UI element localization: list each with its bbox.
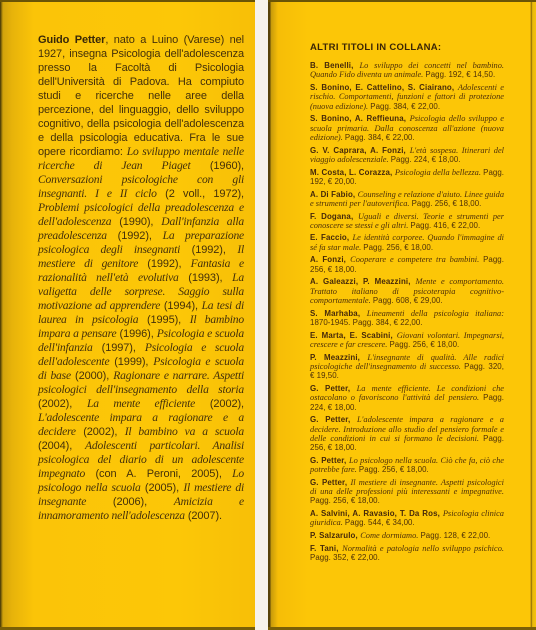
entry-title: Cooperare e competere tra bambini.: [350, 255, 483, 264]
book-title: La mente efficiente: [87, 397, 195, 410]
book-entry: S. Bonino, E. Cattelino, S. Ciairano, Ad…: [310, 83, 504, 111]
bio-text: (2007).: [185, 510, 222, 522]
book-entry: B. Benelli, Lo sviluppo dei concetti nel…: [310, 61, 504, 80]
entry-details: Pagg. 128, € 22,00.: [420, 531, 490, 540]
series-titles-panel: ALTRI TITOLI IN COLLANA: B. Benelli, Lo …: [268, 0, 536, 630]
book-flap-scan: Guido Petter, nato a Luino (Varese) nel …: [0, 0, 536, 630]
entry-details: Pagg. 224, € 18,00.: [391, 155, 461, 164]
bio-text: (2006),: [86, 496, 173, 508]
book-entry: E. Faccio, Le identità corporee. Quando …: [310, 233, 504, 252]
bio-text: (1999),: [109, 356, 153, 368]
entry-authors: S. Bonino, A. Reffieuna,: [310, 114, 410, 123]
entry-authors: M. Costa, L. Corazza,: [310, 168, 395, 177]
bio-text: (1997),: [93, 342, 145, 354]
bio-text: (2 voll., 1972),: [157, 188, 244, 200]
entry-details: Pagg. 256, € 18,00.: [389, 340, 459, 349]
panel-gap: [255, 0, 268, 630]
bio-text: (1995),: [138, 314, 189, 326]
book-entry: G. Petter, Lo psicologo nella scuola. Ci…: [310, 456, 504, 475]
book-entry: F. Dogana, Uguali e diversi. Teorie e st…: [310, 212, 504, 231]
book-entry: M. Costa, L. Corazza, Psicologia della b…: [310, 168, 504, 187]
entry-details: Pagg. 416, € 22,00.: [410, 221, 480, 230]
entry-details: Pagg. 352, € 22,00.: [310, 553, 380, 562]
author-bio-text: Guido Petter, nato a Luino (Varese) nel …: [38, 33, 244, 523]
bio-text: (1960),: [191, 160, 244, 172]
entry-details: Pagg. 256, € 18,00.: [359, 465, 429, 474]
book-entry: S. Bonino, A. Reffieuna, Psicologia dell…: [310, 114, 504, 142]
book-entry: G. Petter, Il mestiere di insegnante. As…: [310, 478, 504, 506]
entry-authors: A. Di Fabio,: [310, 190, 358, 199]
entry-authors: B. Benelli,: [310, 61, 360, 70]
entry-authors: A. Galeazzi, P. Meazzini,: [310, 277, 415, 286]
entry-authors: S. Bonino, E. Cattelino, S. Ciairano,: [310, 83, 458, 92]
entry-title: Psicologia della bellezza.: [395, 168, 483, 177]
book-entry: A. Fonzi, Cooperare e competere tra bamb…: [310, 255, 504, 274]
entry-title: Come dormiamo.: [360, 531, 420, 540]
bio-text: (2002),: [38, 398, 87, 410]
entry-authors: G. V. Caprara, A. Fonzi,: [310, 146, 410, 155]
entry-authors: P. Meazzini,: [310, 353, 367, 362]
entry-authors: G. Petter,: [310, 384, 357, 393]
book-entry: S. Marhaba, Lineamenti della psicologia …: [310, 309, 504, 328]
book-entry: F. Tani, Normalità e patologia nello svi…: [310, 544, 504, 563]
entry-details: 1870-1945. Pagg. 384, € 22,00.: [310, 318, 423, 327]
entry-authors: E. Faccio,: [310, 233, 352, 242]
bio-text: (1992),: [138, 258, 190, 270]
bio-text: (2000),: [71, 370, 113, 382]
book-entry: E. Marta, E. Scabini, Giovani volontari.…: [310, 331, 504, 350]
bio-text: (con A. Peroni, 2005),: [85, 468, 232, 480]
entry-authors: G. Petter,: [310, 415, 357, 424]
bio-text: (1990),: [111, 216, 161, 228]
bio-text: (1994),: [160, 300, 201, 312]
book-list: B. Benelli, Lo sviluppo dei concetti nel…: [310, 61, 504, 566]
book-entry: G. Petter, La mente efficiente. Le condi…: [310, 384, 504, 412]
bio-text: (2005),: [141, 482, 184, 494]
entry-title: Normalità e patologia nello sviluppo psi…: [342, 544, 504, 553]
book-entry: A. Salvini, A. Ravasio, T. Da Ros, Psico…: [310, 509, 504, 528]
book-entry: A. Di Fabio, Counseling e relazione d'ai…: [310, 190, 504, 209]
entry-details: Pagg. 192, € 14,50.: [425, 70, 495, 79]
book-entry: A. Galeazzi, P. Meazzini, Mente e compor…: [310, 277, 504, 305]
entry-title: Lineamenti della psicologia italiana:: [367, 309, 504, 318]
entry-authors: A. Fonzi,: [310, 255, 350, 264]
bio-text: (2004),: [38, 440, 85, 452]
book-entry: P. Salzarulo, Come dormiamo. Pagg. 128, …: [310, 531, 504, 540]
entry-details: Pagg. 384, € 22,00.: [370, 102, 440, 111]
series-heading: ALTRI TITOLI IN COLLANA:: [310, 42, 441, 54]
entry-authors: G. Petter,: [310, 456, 349, 465]
entry-authors: F. Tani,: [310, 544, 342, 553]
bio-text: (1996),: [116, 328, 156, 340]
entry-details: Pagg. 544, € 34,00.: [345, 518, 415, 527]
entry-authors: A. Salvini, A. Ravasio, T. Da Ros,: [310, 509, 443, 518]
entry-details: Pagg. 256, € 18,00.: [412, 199, 482, 208]
entry-details: Pagg. 256, € 18,00.: [310, 496, 380, 505]
entry-details: Pagg. 256, € 18,00.: [363, 243, 433, 252]
bio-text: (2002),: [195, 398, 244, 410]
book-entry: G. V. Caprara, A. Fonzi, L'età sospesa. …: [310, 146, 504, 165]
entry-details: Pagg. 384, € 22,00.: [345, 133, 415, 142]
author-name: Guido Petter: [38, 34, 105, 46]
entry-authors: F. Dogana,: [310, 212, 358, 221]
entry-details: Pagg. 608, € 29,00.: [373, 296, 443, 305]
bio-text: (1993),: [179, 272, 233, 284]
book-title: Il bambino va a scuola: [125, 425, 244, 438]
bio-text: (1992),: [107, 230, 163, 242]
entry-authors: S. Marhaba,: [310, 309, 367, 318]
bio-text: (2002),: [76, 426, 125, 438]
bio-text: , nato a Luino (Varese) nel 1927, insegn…: [38, 34, 244, 158]
author-bio-panel: Guido Petter, nato a Luino (Varese) nel …: [0, 0, 255, 630]
entry-authors: P. Salzarulo,: [310, 531, 360, 540]
bio-text: (1992),: [180, 244, 237, 256]
book-entry: G. Petter, L'adolescente impara a ragion…: [310, 415, 504, 452]
entry-authors: E. Marta, E. Scabini,: [310, 331, 397, 340]
entry-authors: G. Petter,: [310, 478, 351, 487]
book-entry: P. Meazzini, L'insegnante di qualità. Al…: [310, 353, 504, 381]
